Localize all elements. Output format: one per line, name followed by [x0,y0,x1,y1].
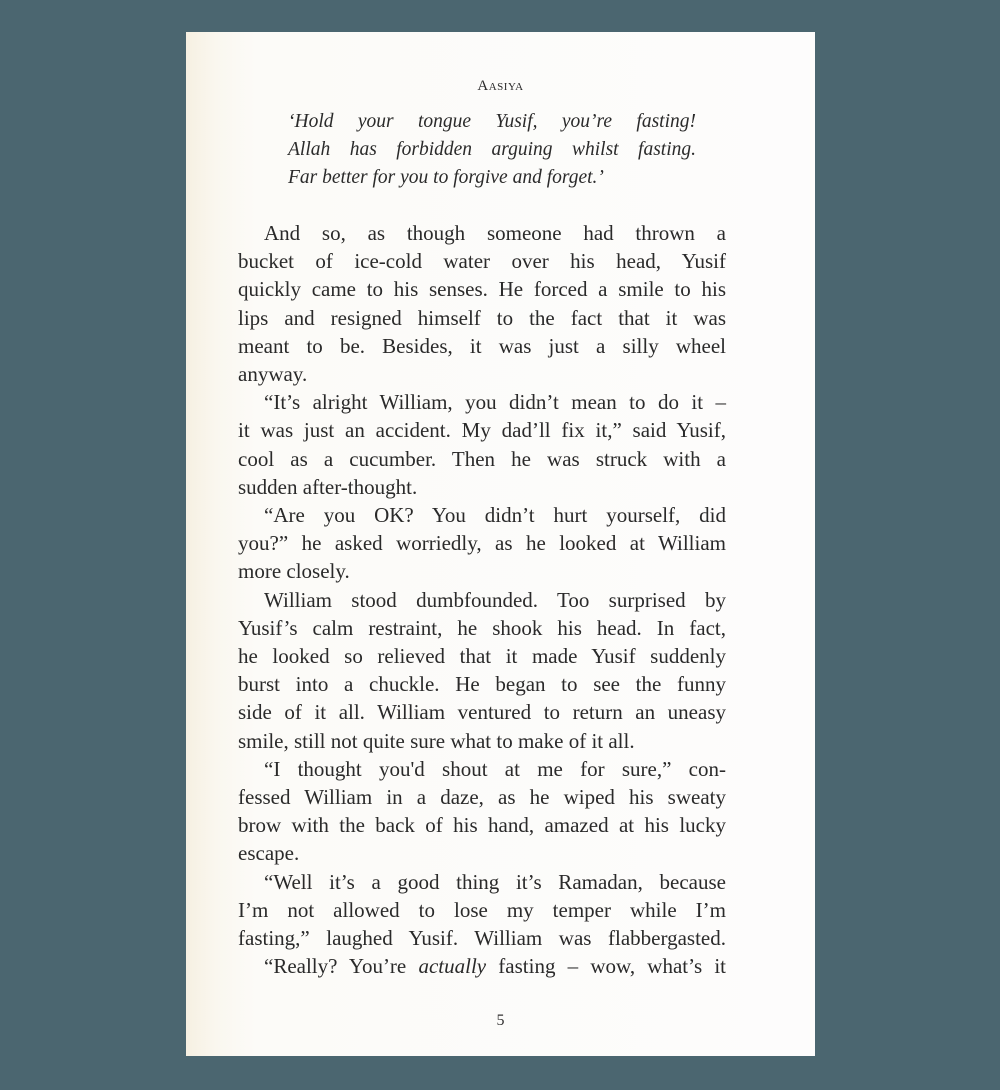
text-line: you?” he asked worriedly, as he looked a… [238,529,726,557]
text-line: “I thought you'd shout at me for sure,” … [238,755,726,783]
text-line: I’m not allowed to lose my temper while … [238,896,726,924]
text-line: brow with the back of his hand, amazed a… [238,811,726,839]
text-line: more closely. [238,557,726,585]
body-text: And so, as though someone had thrown a b… [238,219,726,980]
text-run: fasting – wow, what’s it [486,954,726,978]
text-line: anyway. [238,360,726,388]
book-page: AASIYA ‘Hold your tongue Yusif, you’re f… [186,32,815,1056]
text-line: meant to be. Besides, it was just a sill… [238,332,726,360]
text-line: burst into a chuckle. He began to see th… [238,670,726,698]
running-head-cap: A [477,78,488,94]
text-line: fessed William in a daze, as he wiped hi… [238,783,726,811]
text-line: it was just an accident. My dad’ll fix i… [238,416,726,444]
text-line: “Are you OK? You didn’t hurt yourself, d… [238,501,726,529]
text-line: side of it all. William ventured to retu… [238,698,726,726]
text-line: cool as a cucumber. Then he was struck w… [238,445,726,473]
text-line: smile, still not quite sure what to make… [238,727,726,755]
page-number: 5 [186,1012,815,1030]
text-line: lips and resigned himself to the fact th… [238,304,726,332]
text-line: escape. [238,839,726,867]
text-line: fasting,” laughed Yusif. William was fla… [238,924,726,952]
text-line: he looked so relieved that it made Yusif… [238,642,726,670]
running-head: AASIYA [186,78,815,95]
text-line: bucket of ice-cold water over his head, … [238,247,726,275]
epigraph: ‘Hold your tongue Yusif, you’re fasting!… [288,108,708,192]
epigraph-line: ‘Hold your tongue Yusif, you’re fasting! [288,108,696,136]
text-line: “Really? You’re actually fasting – wow, … [238,952,726,980]
text-line: “Well it’s a good thing it’s Ramadan, be… [238,868,726,896]
text-line: Yusif’s calm restraint, he shook his hea… [238,614,726,642]
epigraph-line: Allah has forbidden arguing whilst fasti… [288,136,696,164]
text-line: William stood dumbfounded. Too surprised… [238,586,726,614]
epigraph-line: Far better for you to forgive and forget… [288,164,708,192]
emphasis-text: actually [418,954,486,978]
text-line: quickly came to his senses. He forced a … [238,275,726,303]
text-run: “Really? You’re [264,954,418,978]
text-line: And so, as though someone had thrown a [238,219,726,247]
text-line: “It’s alright William, you didn’t mean t… [238,388,726,416]
text-line: sudden after-thought. [238,473,726,501]
running-head-smallcaps: ASIYA [489,81,524,93]
